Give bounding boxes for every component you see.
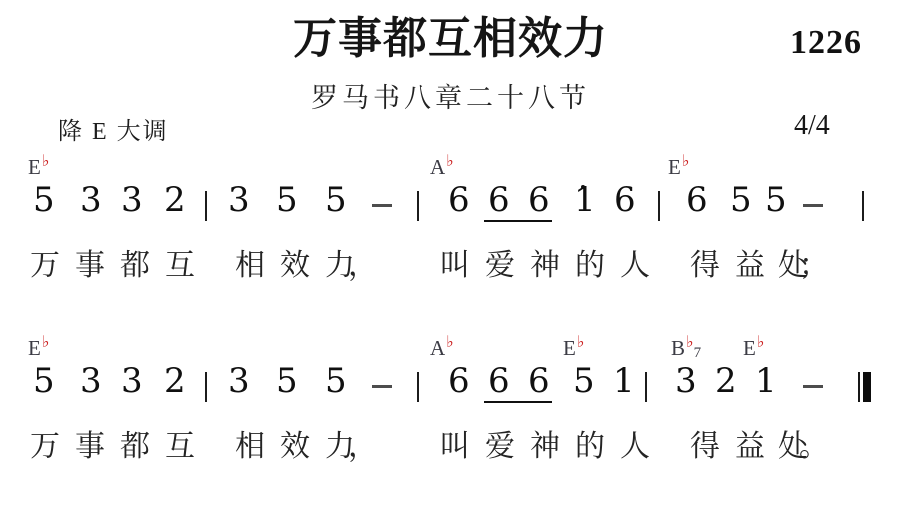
lyric-char: 万 bbox=[30, 251, 60, 281]
chord-symbol: E♭ bbox=[563, 338, 584, 359]
lyric-char: ， bbox=[348, 251, 378, 281]
note-digit: 5 bbox=[765, 183, 787, 217]
chord-root-letter: E bbox=[668, 155, 681, 179]
note-digit: 6 bbox=[614, 183, 636, 217]
note-digit: 5 bbox=[730, 183, 752, 217]
lyric-char: 都 bbox=[120, 432, 150, 462]
lyric-char: 叫 bbox=[440, 432, 470, 462]
chord-quality: 7 bbox=[694, 345, 702, 361]
note-digit: 3 bbox=[80, 364, 102, 398]
note-digit: 1 bbox=[613, 364, 635, 398]
chord-root-letter: E bbox=[28, 155, 41, 179]
note-digit: 2 bbox=[164, 364, 186, 398]
page-title: 万事都互相效力 bbox=[0, 14, 901, 65]
chord-root-letter: E bbox=[563, 336, 576, 360]
note-digit: 6 bbox=[448, 364, 470, 398]
lyric-char: 。 bbox=[799, 432, 829, 462]
note-digit: 6 bbox=[528, 364, 550, 398]
note-digit: 5 bbox=[276, 183, 298, 217]
key-signature-label: 降 E 大调 bbox=[58, 111, 169, 146]
chord-root-letter: E bbox=[28, 336, 41, 360]
lyric-char: 叫 bbox=[440, 251, 470, 281]
eighth-note-beam bbox=[484, 220, 552, 222]
hymn-number: 1226 bbox=[790, 24, 880, 62]
note-digit: 5 bbox=[276, 364, 298, 398]
lyric-char: 益 bbox=[735, 432, 765, 462]
flat-icon: ♭ bbox=[42, 332, 50, 351]
lyric-char: 的 bbox=[575, 251, 605, 281]
notation-system-1: E♭A♭E♭533235566616655万事都互相效力，叫爱神的人得益处； bbox=[0, 157, 901, 327]
note-digit: 3 bbox=[121, 364, 143, 398]
note-digit: 6 bbox=[686, 183, 708, 217]
chord-symbol: A♭ bbox=[430, 338, 454, 359]
lyric-char: 人 bbox=[620, 432, 650, 462]
note-digit: 5 bbox=[325, 183, 347, 217]
flat-icon: ♭ bbox=[577, 332, 585, 351]
chord-symbol: E♭ bbox=[668, 157, 689, 178]
lyric-char: 人 bbox=[620, 251, 650, 281]
barline bbox=[205, 372, 207, 402]
lyric-char: 的 bbox=[575, 432, 605, 462]
note-digit: 3 bbox=[121, 183, 143, 217]
note-digit: 6 bbox=[448, 183, 470, 217]
lyric-char: 益 bbox=[735, 251, 765, 281]
barline bbox=[417, 372, 419, 402]
note-digit: 5 bbox=[325, 364, 347, 398]
lyric-char: 互 bbox=[165, 432, 195, 462]
time-signature: 4/4 bbox=[794, 110, 830, 142]
note-digit: 5 bbox=[573, 364, 595, 398]
lyric-char: 相 bbox=[235, 251, 265, 281]
note-digit: 6 bbox=[488, 183, 510, 217]
duration-dash bbox=[803, 385, 823, 388]
flat-icon: ♭ bbox=[446, 332, 454, 351]
barline bbox=[205, 191, 207, 221]
scripture-subtitle: 罗马书八章二十八节 bbox=[0, 76, 901, 115]
lyric-char: 事 bbox=[75, 432, 105, 462]
note-digit: 2 bbox=[715, 364, 737, 398]
chord-symbol: B♭7 bbox=[671, 338, 701, 359]
lyric-char: 都 bbox=[120, 251, 150, 281]
lyric-char: 事 bbox=[75, 251, 105, 281]
note-digit: 6 bbox=[488, 364, 510, 398]
note-digit: 5 bbox=[33, 183, 55, 217]
flat-icon: ♭ bbox=[686, 332, 694, 351]
lyric-char: 得 bbox=[690, 251, 720, 281]
flat-icon: ♭ bbox=[446, 151, 454, 170]
note-digit: 3 bbox=[228, 364, 250, 398]
barline bbox=[417, 191, 419, 221]
note-digit: 1 bbox=[755, 364, 777, 398]
lyric-char: ， bbox=[348, 432, 378, 462]
final-barline-thin bbox=[858, 372, 860, 402]
flat-icon: ♭ bbox=[682, 151, 690, 170]
lyric-char: 相 bbox=[235, 432, 265, 462]
notation-system-2: E♭A♭E♭B♭7E♭533235566651321万事都互相效力，叫爱神的人得… bbox=[0, 338, 901, 508]
barline bbox=[862, 191, 864, 221]
note-digit: 5 bbox=[33, 364, 55, 398]
note-digit: 1 bbox=[574, 183, 596, 217]
lyric-char: ； bbox=[799, 251, 829, 281]
lyric-char: 万 bbox=[30, 432, 60, 462]
note-digit: 2 bbox=[164, 183, 186, 217]
barline bbox=[658, 191, 660, 221]
hymn-sheet-page: 万事都互相效力 1226 罗马书八章二十八节 降 E 大调 4/4 E♭A♭E♭… bbox=[0, 0, 901, 525]
note-digit: 3 bbox=[675, 364, 697, 398]
duration-dash bbox=[372, 204, 392, 207]
flat-icon: ♭ bbox=[757, 332, 765, 351]
eighth-note-beam bbox=[484, 401, 552, 403]
barline bbox=[645, 372, 647, 402]
duration-dash bbox=[372, 385, 392, 388]
final-barline-thick bbox=[863, 372, 871, 402]
note-digit: 3 bbox=[228, 183, 250, 217]
lyric-char: 效 bbox=[280, 251, 310, 281]
chord-symbol: E♭ bbox=[743, 338, 764, 359]
lyric-char: 得 bbox=[690, 432, 720, 462]
lyric-char: 互 bbox=[165, 251, 195, 281]
chord-symbol: A♭ bbox=[430, 157, 454, 178]
lyric-char: 效 bbox=[280, 432, 310, 462]
note-digit: 6 bbox=[528, 183, 550, 217]
lyric-char: 爱 bbox=[485, 432, 515, 462]
flat-icon: ♭ bbox=[42, 151, 50, 170]
lyric-char: 神 bbox=[530, 432, 560, 462]
octave-dot bbox=[581, 185, 585, 189]
chord-root-letter: B bbox=[671, 336, 685, 360]
chord-root-letter: A bbox=[430, 155, 445, 179]
chord-symbol: E♭ bbox=[28, 338, 49, 359]
chord-symbol: E♭ bbox=[28, 157, 49, 178]
chord-root-letter: E bbox=[743, 336, 756, 360]
note-digit: 3 bbox=[80, 183, 102, 217]
lyric-char: 神 bbox=[530, 251, 560, 281]
lyric-char: 爱 bbox=[485, 251, 515, 281]
duration-dash bbox=[803, 204, 823, 207]
chord-root-letter: A bbox=[430, 336, 445, 360]
